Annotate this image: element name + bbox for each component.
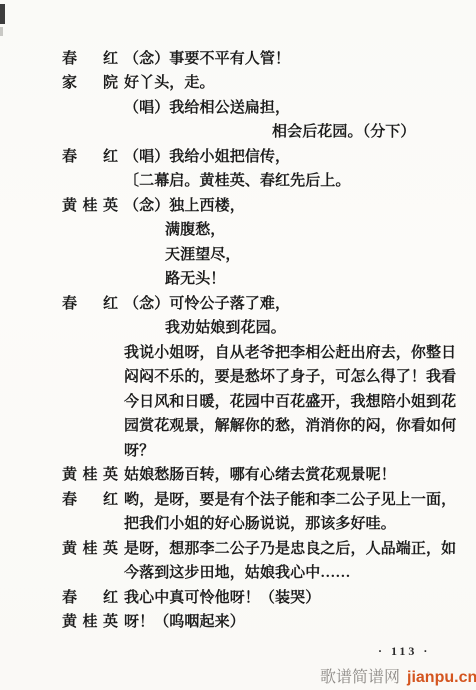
dialogue-text: （唱）我给小姐把信传，: [124, 145, 290, 166]
dialogue-text: （唱）我给相公送扁担，: [124, 96, 290, 117]
page-number: · 113 ·: [378, 644, 430, 659]
watermark: 歌谱简谱网 jianpu.cn: [320, 664, 476, 687]
script-line: 春 红 我心中真可怜他呀！（装哭）: [0, 584, 476, 609]
speaker-name: 黄桂英: [62, 537, 118, 558]
speaker-name: 春 红: [62, 47, 118, 68]
dialogue-text: 闷闷不乐的，要是愁坏了身子，可怎么得了！我看: [124, 365, 456, 386]
dialogue-text: （念）事要不平有人管！: [124, 47, 290, 68]
script-line: 我说小姐呀，自从老爷把李相公赶出府去，你整日: [0, 339, 476, 364]
dialogue-text: 〔二幕启。黄桂英、春红先后上。: [124, 169, 351, 190]
script-line: 〔二幕启。黄桂英、春红先后上。: [0, 168, 476, 193]
dialogue-text: 好丫头，走。: [124, 71, 215, 92]
dialogue-text: 哟，是呀，要是有个法子能和李二公子见上一面，: [124, 488, 456, 509]
script-line: 春 红 （念）事要不平有人管！: [0, 45, 476, 70]
script-line: 黄桂英 （念）独上西楼，: [0, 192, 476, 217]
speaker-name: 黄桂英: [62, 463, 118, 484]
dialogue-text: 园赏花观景，解解你的愁，消消你的闷，你看如何: [124, 414, 456, 435]
speaker-name: 家 院: [62, 71, 118, 92]
dialogue-text: 我说小姐呀，自从老爷把李相公赶出府去，你整日: [124, 341, 456, 362]
script-line: 黄桂英 姑娘愁肠百转，哪有心绪去赏花观景呢！: [0, 462, 476, 487]
dialogue-text: 我心中真可怜他呀！（装哭）: [124, 586, 320, 607]
dialogue-text: 满腹愁，: [165, 218, 225, 239]
script-line: 春 红 （念）可怜公子落了难，: [0, 290, 476, 315]
dialogue-text: 呀！（呜咽起来）: [124, 610, 245, 631]
script-line: 春 红 （唱）我给小姐把信传，: [0, 143, 476, 168]
script-line: 路无头！: [0, 266, 476, 291]
watermark-site-name: 歌谱简谱网: [320, 669, 400, 686]
script-line: 满腹愁，: [0, 217, 476, 242]
script-line: 黄桂英 呀！（呜咽起来）: [0, 609, 476, 634]
script-line: 天涯望尽，: [0, 241, 476, 266]
dialogue-text: 今日风和日暖，花园中百花盛开，我想陪小姐到花: [124, 390, 456, 411]
scan-artifact: [0, 4, 5, 24]
script-line: 园赏花观景，解解你的愁，消消你的闷，你看如何: [0, 413, 476, 438]
speaker-name: 黄桂英: [62, 194, 118, 215]
dialogue-text: 把我们小姐的好心肠说说，那该多好哇。: [124, 512, 396, 533]
speaker-name: 春 红: [62, 292, 118, 313]
dialogue-text: （念）可怜公子落了难，: [124, 292, 290, 313]
script-line: 家 院 好丫头，走。: [0, 70, 476, 95]
speaker-name: 黄桂英: [62, 610, 118, 631]
script-line: 闷闷不乐的，要是愁坏了身子，可怎么得了！我看: [0, 364, 476, 389]
script-line: 黄桂英 是呀，想那李二公子乃是忠良之后，人品端正，如: [0, 535, 476, 560]
dialogue-text: 姑娘愁肠百转，哪有心绪去赏花观景呢！: [124, 463, 396, 484]
script-line: 把我们小姐的好心肠说说，那该多好哇。: [0, 511, 476, 536]
script-line: 呀？: [0, 437, 476, 462]
script-line: 今落到这步田地，姑娘我心中……: [0, 560, 476, 585]
script-line: （唱）我给相公送扁担，: [0, 94, 476, 119]
script-line: 今日风和日暖，花园中百花盛开，我想陪小姐到花: [0, 388, 476, 413]
dialogue-text: 路无头！: [165, 267, 225, 288]
scan-artifact-small: [0, 27, 3, 36]
script-line: 相会后花园。（分下）: [0, 119, 476, 144]
watermark-site-url: jianpu.cn: [407, 669, 476, 686]
script-lines: 春 红 （念）事要不平有人管！ 家 院 好丫头，走。 （唱）我给相公送扁担， 相…: [0, 45, 476, 633]
dialogue-text: 天涯望尽，: [165, 243, 241, 264]
dialogue-text: 我劝姑娘到花园。: [165, 316, 286, 337]
dialogue-text: 呀？: [124, 439, 154, 460]
dialogue-text: 今落到这步田地，姑娘我心中……: [124, 561, 351, 582]
dialogue-text: （念）独上西楼，: [124, 194, 245, 215]
dialogue-text: 相会后花园。（分下）: [272, 120, 416, 141]
speaker-name: 春 红: [62, 586, 118, 607]
script-line: 春 红 哟，是呀，要是有个法子能和李二公子见上一面，: [0, 486, 476, 511]
speaker-name: 春 红: [62, 488, 118, 509]
script-line: 我劝姑娘到花园。: [0, 315, 476, 340]
scanned-page: 春 红 （念）事要不平有人管！ 家 院 好丫头，走。 （唱）我给相公送扁担， 相…: [0, 0, 476, 690]
dialogue-text: 是呀，想那李二公子乃是忠良之后，人品端正，如: [124, 537, 456, 558]
speaker-name: 春 红: [62, 145, 118, 166]
